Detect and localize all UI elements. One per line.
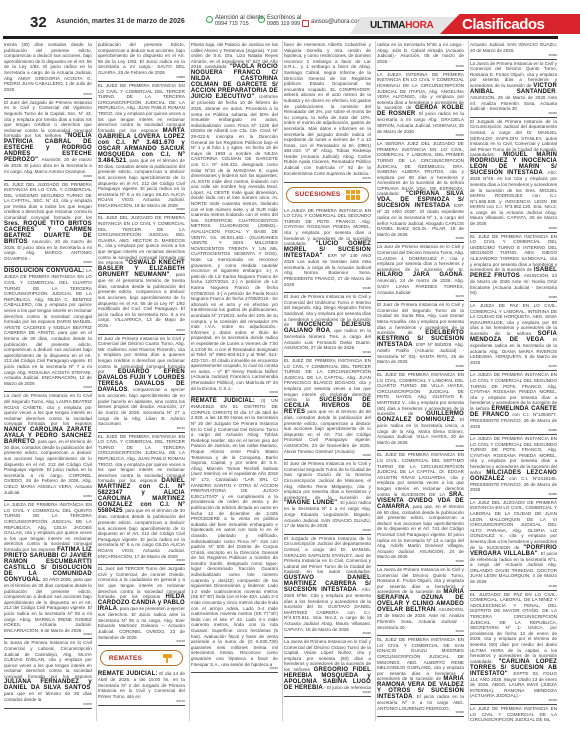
mail-icon	[302, 20, 309, 27]
classified-ad: treinta (30) días contados desde la publ…	[4, 41, 92, 99]
ad-text: , para que en el término de 30 días, con…	[98, 508, 185, 558]
header-rule	[3, 36, 558, 39]
classified-ad: REMATE JUDICIAL: (I) UN INMUEBLE EN EL D…	[191, 397, 278, 673]
family-tree-icon	[346, 190, 360, 200]
whatsapp-phone-icon	[206, 16, 213, 23]
ad-text: . Año: 2026 Nº49. en los Cita y emplaza …	[470, 170, 557, 226]
ad-text: , para que, en el término de 60 días, co…	[377, 504, 464, 560]
ad-text: El Juez de Primera Instancia en lo Civil…	[284, 461, 371, 500]
ad-code: 00220	[284, 632, 371, 635]
ad-code: 00080	[98, 76, 185, 79]
classified-ad: EL JUEZ DEL JUZGADO DE PRIMERA INSTANCIA…	[4, 181, 92, 268]
ad-code: 00010	[4, 93, 92, 96]
ad-code: 00360	[470, 296, 557, 299]
ad-code: 00410	[470, 699, 557, 702]
ad-code: 00120	[98, 559, 185, 562]
ad-code: 00400	[470, 585, 557, 588]
ad-code: 00290	[377, 445, 464, 448]
column-2: publicación del presente Edicto, compare…	[96, 41, 186, 721]
ad-code: 00330	[470, 54, 557, 57]
classified-ad: EL JUEZ DE PRIMERA INSTANCIA EN LO CIVIL…	[98, 433, 185, 566]
ad-code: 00200	[284, 454, 371, 457]
section-banner-label: SUCESIONES	[295, 191, 341, 198]
classified-ad: LA JUEZA DE PRIMERA INSTANCIA EN LO CIVI…	[470, 435, 557, 499]
classified-ad: La Jueza de Primera Instancia en lo Civi…	[470, 60, 557, 118]
ad-text: la Jueza de Primera Instancia en lo Civi…	[4, 640, 92, 679]
ad-code: 00390	[470, 493, 557, 496]
ad-code: 00260	[377, 237, 464, 240]
ad-text: EL JUEZ DE PRIMERA INSTANCIA EN LO CIVIL…	[98, 83, 185, 133]
ad-text: El Juzgado de Primera Instancia de la Ci…	[284, 536, 371, 575]
classified-ad: Planta baja, del Palacio de Justicia en …	[191, 41, 278, 397]
classified-ad: DISOLUCION CONYUGAL: LA JUEZA DE PRIMERA…	[4, 267, 92, 392]
ad-highlight-name: JULIANA FERNANDEZ y DANIEL DA SILVA SANT…	[4, 679, 92, 691]
column-3: Planta baja, del Palacio de Justicia en …	[189, 41, 279, 721]
ad-text: EL JUEZ DE PRIMERA INSTANCIA EN LO CIVIL…	[98, 434, 185, 484]
ad-code: 00240	[377, 65, 464, 68]
ad-text: , conforme al proveído de fecha 10 de fe…	[191, 94, 278, 390]
ad-text: LA JUEZA DE PRIMERA INSTANCIA EN LO CIVI…	[4, 268, 92, 385]
brand-logo: ULTIMAHORA	[370, 20, 433, 31]
section-banner: SUCESIONES	[286, 187, 369, 203]
ad-code: 00140	[98, 700, 185, 703]
classified-ad: publicación del presente Edicto, compare…	[98, 41, 185, 82]
classified-ad: El Juez de Primera Instancia en lo Civil…	[377, 301, 464, 371]
classified-ad: EL JUEZ DE PRIMERA INSTANCIA EN LO CIVIL…	[470, 233, 557, 302]
ad-code: 00110	[98, 427, 185, 430]
classified-ad: La Jueza de Primera Instancia en lo Civi…	[377, 566, 464, 636]
ad-text: treinta (30) días contados desde la publ…	[4, 42, 92, 92]
classified-ad: El Juez de Primera Instancia en lo Civil…	[98, 335, 185, 433]
ad-code: 00070	[4, 703, 92, 706]
whatsapp-contact[interactable]: Escríbinos al0985 119 999	[258, 15, 301, 27]
whatsapp-icon	[258, 16, 265, 23]
classified-ad: LA JUEZA INTERINA DE PRIMERA INSTANCIA E…	[377, 71, 464, 140]
column-5: radica en la Secretaría Nº36 a mi cargo.…	[375, 41, 465, 721]
classified-ad: radica en la Secretaría Nº36 a mi cargo.…	[377, 41, 464, 71]
ad-code: 00020	[4, 175, 92, 178]
ad-text: LA SEÑORA JUEZ DEL JUZGADO DE PRIMERA IN…	[377, 141, 464, 196]
classified-ad: la Jueza de Primera Instancia en lo Civi…	[4, 639, 92, 708]
ad-text: La Juez de Primera Instancia en lo Civil…	[4, 393, 92, 426]
classified-ad: EL JUEZ DE PRIMERA INSTANCIA EN LO CIVIL…	[377, 371, 464, 452]
section-title: Clasificados	[462, 16, 544, 33]
ad-text: EL JUZGADO DE PAZ EN LO CIVIL, COMERCIAL…	[470, 592, 557, 664]
classified-ad: El Juez de Primera Instancia en lo Civil…	[284, 460, 371, 535]
classified-ad: EL JUEZ DEL JUZGADO DE PRIMERA INSTANCIA…	[98, 214, 185, 334]
ad-code: 00190	[284, 351, 371, 354]
section-banner: REMATES	[100, 650, 183, 666]
classified-ad: La Jueza de Primera Instancia en lo Civi…	[284, 638, 371, 697]
ad-code: 00340	[470, 112, 557, 115]
ad-text: LA JUEZA DE PRIMERA INSTANCIA EN LO CIVI…	[4, 502, 92, 552]
ad-text: Actuario Judicial. SAN IGNACIO GUAZU, 20…	[470, 42, 557, 53]
classified-ad: El Juzgado de Primera Instancia de la Ci…	[470, 118, 557, 233]
ad-text: EL JUEZ DE PRIMERA INSTANCIA EN LO CIVIL…	[377, 637, 464, 681]
classified-ad: LA JUEZ DEL JUZGADO DE PRIMERA INSTANCIA…	[470, 499, 557, 591]
classified-ad: LA SEÑORA JUEZ DEL JUZGADO DE PRIMERA IN…	[377, 140, 464, 243]
ad-text: , para que, en el término de 30 días, co…	[4, 439, 92, 495]
ad-code: 00270	[377, 295, 464, 298]
classifieds-columns: treinta (30) días contados desde la publ…	[3, 41, 558, 721]
classified-ad: EL JUZGADO DE PAZ EN LO CIVIL, COMERCIAL…	[470, 591, 557, 706]
classified-ad: Actuario Judicial. SAN IGNACIO GUAZU, 20…	[470, 41, 557, 60]
ad-text: EL JUEZ DEL JUZGADO DE PRIMERA INSTANCIA…	[4, 182, 92, 221]
ad-text: , para que en el término de 30 días, con…	[98, 158, 185, 208]
ad-text: EL JUEZ DE PRIMERA INSTANCIA EN LO CIVIL…	[377, 372, 464, 416]
dateline: Asunción, martes 31 de marzo de 2026	[56, 18, 185, 25]
ad-code: 00060	[4, 633, 92, 636]
ad-text: para que en el término de 60 días, conta…	[284, 409, 371, 454]
ad-text: publicación del presente Edicto, compare…	[98, 42, 185, 75]
classified-ad: EL JUEZ DE PRIMERA INSTANCIA EN LO CIVIL…	[98, 82, 185, 215]
ad-text: LA JUEZ DE PRIMERA INSTANCIA EN LO CIVIL…	[470, 706, 557, 721]
ad-text: . 20 AÑO 2026, para que en el término de…	[4, 577, 92, 633]
ad-code: 00040	[4, 386, 92, 389]
classified-ad: LA JUEZA DE PAZ EN LO CIVIL, COMERCIAL Y…	[470, 302, 557, 371]
classified-ad: REMATE JUDICIAL: El día 14 de Abril de 2…	[98, 670, 185, 705]
ad-text: radica en la Secretaría Nº36 a mi cargo.…	[377, 42, 464, 64]
ad-code: 00180	[284, 287, 371, 290]
classified-ad: LA JUEZA DE PRIMERA INSTANCIA EN LO CIVI…	[4, 501, 92, 639]
ad-code: 00160	[191, 667, 278, 670]
ad-text: EL JUEZ DEL JUZGADO DE PRIMERA INSTANCIA…	[98, 215, 185, 265]
ad-code: 00130	[98, 640, 185, 643]
ad-text: LA JUEZ DEL JUZGADO DE PRIMERA INSTANCIA…	[470, 500, 557, 550]
classified-ad: El Juzgado de Primera Instancia de la Ci…	[284, 535, 371, 638]
ad-code: 00350	[470, 227, 557, 230]
ad-code: 00280	[377, 365, 464, 368]
ad-code: 00370	[470, 365, 557, 368]
column-1: treinta (30) días contados desde la publ…	[3, 41, 93, 721]
ad-code: 00320	[377, 711, 464, 714]
classified-ad: EL JUEZ DE PRIMERA INSTANCIA EN LO CIVIL…	[377, 451, 464, 566]
ad-text: (I) UN INMUEBLE EN EL DISTRITO DE CORPUS…	[191, 398, 278, 666]
ad-code: 00050	[4, 495, 92, 498]
ad-code: 00230	[284, 691, 371, 694]
classified-ad: La Juez de Primera Instancia en lo Civil…	[377, 243, 464, 301]
section-banner-label: REMATES	[109, 655, 142, 662]
ad-text: favor de Hemerson Alberto Cobalchini y V…	[284, 42, 371, 176]
column-6: Actuario Judicial. SAN IGNACIO GUAZU, 20…	[468, 41, 558, 721]
classified-ad: LA JUEZA DE PRIMERA INSTANCIA EN LO CIVI…	[470, 371, 557, 435]
classified-ad: LA JUEZ DE PRIMERA INSTANCIA EN LO CIVIL…	[470, 705, 557, 721]
ad-code: 00170	[284, 177, 371, 180]
classified-ad: El Juez del Juzgado de Primera Instancia…	[4, 99, 92, 181]
customer-service-contact[interactable]: Atención al cliente:0994 715 715	[206, 15, 265, 27]
ad-text: EXP. Nº 32 AÑO 2026". El citado expedien…	[377, 203, 464, 236]
classified-ad: EL JUEZ DE PRIMERA INSTANCIA EN LO CIVIL…	[284, 357, 371, 460]
ad-code: 00300	[377, 560, 464, 563]
contact-value: 0985 119 999	[267, 21, 301, 27]
page-number: 32	[30, 14, 47, 31]
ad-text: EL JUEZ DE PRIMERA INSTANCIA EN LO CIVIL…	[377, 452, 464, 496]
ad-text: , comparezcan a ejercer sus acciones, ba…	[98, 387, 185, 426]
ad-code: 00100	[98, 329, 185, 332]
ad-text: EL JUEZ DE PRIMERA INSTANCIA EN LO CIVIL…	[284, 358, 371, 402]
gavel-icon	[160, 653, 174, 663]
ad-code: 00380	[470, 429, 557, 432]
ad-text: La Juez de Primera Instancia en lo Civil…	[377, 244, 464, 271]
ad-code: 00210	[284, 529, 371, 532]
column-4: favor de Hemerson Alberto Cobalchini y V…	[282, 41, 372, 721]
classified-ad: EL JUEZ DE PRIMERA INSTANCIA EN LO CIVIL…	[377, 636, 464, 717]
ad-text: . Año: 2026 Nº56. Cita y emplaza por ses…	[284, 587, 371, 632]
classified-ad: favor de Hemerson Alberto Cobalchini y V…	[284, 41, 371, 183]
ad-code: 00310	[377, 630, 464, 633]
classified-ad: El Juez de Primera Instancia en lo Civil…	[284, 293, 371, 357]
ad-code: 00090	[98, 208, 185, 211]
ad-code: 00150	[191, 391, 278, 394]
classified-ad: LA JUEZA DE PRIMERA INSTANCIA EN LO CIVI…	[284, 207, 371, 294]
page-header: 32 Asunción, martes 31 de marzo de 2026 …	[0, 0, 580, 34]
ad-code: 00250	[377, 134, 464, 137]
ad-text: , para que en el perentorio término de t…	[98, 272, 185, 328]
classified-ad: La Juez de Primera Instancia en lo Civil…	[4, 392, 92, 501]
classified-ad: EL Juez del TERCER Turno del Juzgado Civ…	[98, 565, 185, 646]
ad-code: 00030	[4, 261, 92, 264]
